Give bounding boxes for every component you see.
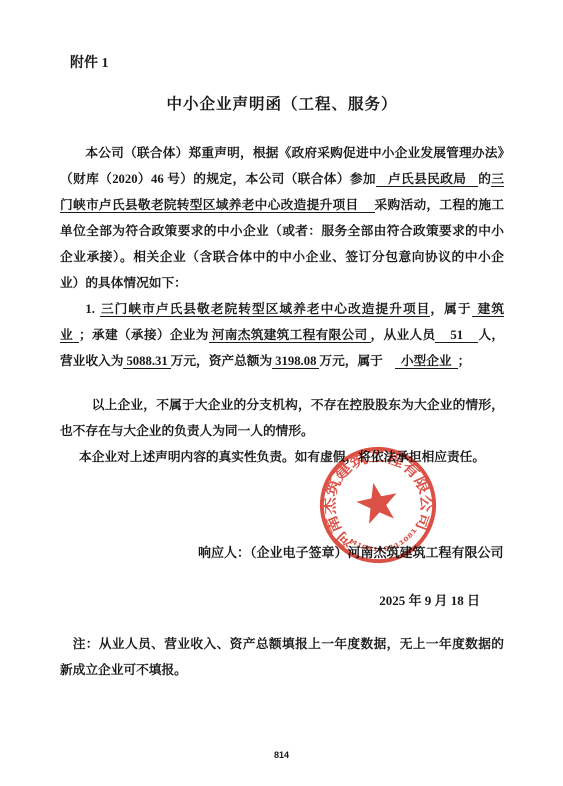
- respondent-company: 河南杰筑建筑工程有限公司: [348, 545, 504, 560]
- document-page: 附件 1 中小企业声明函（工程、服务） 本公司（联合体）郑重声明，根据《政府采购…: [0, 0, 563, 786]
- footnote: 注：从业人员、营业收入、资产总额填报上一年度数据，无上一年度数据的新成立企业可不…: [60, 631, 504, 683]
- item-text-5: 万元，资产总额为: [171, 354, 273, 368]
- employees-blank: 51: [435, 328, 478, 343]
- contractor-company-blank: 河南杰筑建筑工程有限公司: [209, 328, 371, 343]
- enterprise-detail-paragraph: 1.三门峡市卢氏县敬老院转型区域养老中心改造提升项目，属于建筑业；承建（承接）企…: [60, 296, 504, 374]
- respondent-signature-line: 响应人：（企业电子签章）河南杰筑建筑工程有限公司: [198, 540, 504, 566]
- item-text-7: ；: [458, 354, 471, 368]
- item-project-blank: 三门峡市卢氏县敬老院转型区域养老中心改造提升项目: [100, 302, 431, 317]
- closing-paragraph-2: 本企业对上述声明内容的真实性负责。如有虚假，将依法承担相应责任。: [60, 444, 504, 470]
- signature-date: 2025 年 9 月 18 日: [60, 588, 504, 614]
- item-text-2: ；承建（承接）企业为: [79, 328, 209, 342]
- enterprise-type-blank: 小型企业: [395, 354, 458, 369]
- document-title: 中小企业声明函（工程、服务）: [60, 92, 504, 114]
- declaration-paragraph: 本公司（联合体）郑重声明，根据《政府采购促进中小企业发展管理办法》（财库（202…: [60, 140, 504, 296]
- attachment-label: 附件 1: [70, 52, 504, 72]
- item-text-1: ，属于: [430, 302, 471, 316]
- respondent-label: 响应人：（企业电子签章）: [198, 545, 348, 560]
- purchaser-name-blank: 卢氏县民政局: [376, 172, 478, 187]
- item-text-3: ，从业人员: [371, 328, 436, 342]
- declaration-text-2: 的: [478, 172, 491, 186]
- page-number: 814: [0, 750, 563, 760]
- item-text-6: 万元，属于: [319, 354, 382, 368]
- star-icon: [353, 479, 401, 526]
- revenue-blank: 5088.31: [123, 354, 170, 369]
- closing-paragraph-1: 以上企业，不属于大企业的分支机构，不存在控股股东为大企业的情形，也不存在与大企业…: [60, 392, 504, 444]
- item-number: 1.: [85, 302, 95, 316]
- assets-blank: 3198.08: [272, 354, 319, 369]
